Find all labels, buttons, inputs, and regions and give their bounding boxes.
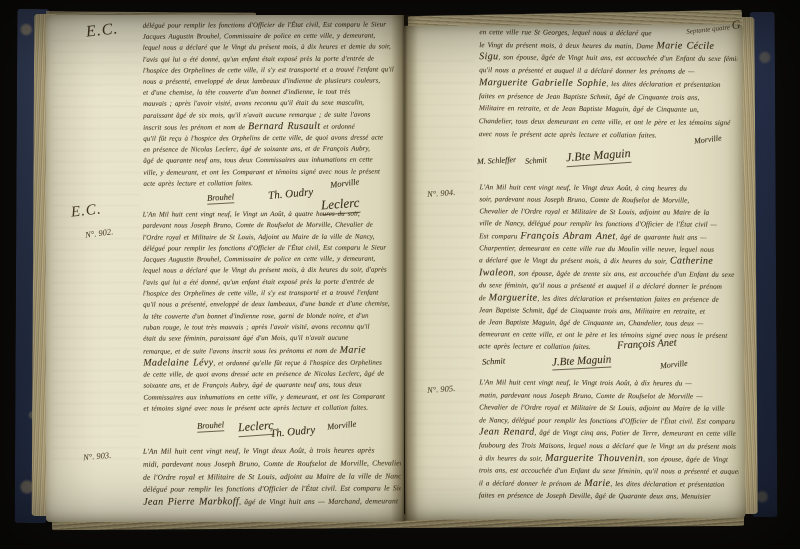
- signature-schleffer: M. Schleffer: [477, 155, 517, 166]
- manuscript-line: qu'il nous a présenté, enveloppé de deux…: [143, 299, 399, 311]
- signature-schmit: Schmit: [482, 355, 506, 366]
- signature-brouhel: Brouhel: [197, 419, 225, 432]
- entry-continuation-left: délégué pour remplir les fonctions d'Off…: [143, 19, 400, 189]
- manuscript-line: ville de Nancy, délégué pour remplir les…: [479, 218, 737, 231]
- manuscript-line: paraissant âgé de six mois, qu'il n'avai…: [143, 109, 399, 122]
- manuscript-line: faites en présence de Joseph Deville, âg…: [479, 490, 739, 504]
- signature-morville: Morville: [660, 359, 688, 371]
- manuscript-ink-layer: E.C. E.C. N°. 902. N°. 903. délégué pour…: [0, 0, 800, 549]
- manuscript-line: Est comparu François Abram Anet, âgé de …: [479, 230, 737, 244]
- manuscript-line: Chevalier de l'Ordre royal et Militaire …: [479, 402, 739, 416]
- signature-th-oudry: Th. Oudry: [270, 424, 316, 440]
- manuscript-line: et témoins signé avec nous le présent ac…: [143, 402, 399, 414]
- manuscript-line: trois ans, est accouchée d'un Enfant du …: [479, 464, 739, 478]
- manuscript-line: soixante ans, et de François Aubry, âgé …: [143, 380, 399, 392]
- manuscript-line: lequel nous a déclaré que le Vingt du pr…: [143, 42, 399, 55]
- signature-schmit: Schmit: [525, 155, 547, 165]
- manuscript-line: nous a présenté, enveloppé de deux lambe…: [143, 75, 399, 88]
- manuscript-line: lequel nous a déclaré que le Vingt du pr…: [143, 265, 399, 277]
- entry-number-904: N°. 904.: [427, 187, 456, 199]
- manuscript-line: Jean Pierre Marbkoff, âgé de Vingt huit …: [143, 496, 401, 510]
- manuscript-line: ville, y demeurant, et ont les Comparant…: [143, 166, 399, 179]
- manuscript-line: l'Ordre royal et Militaire de St Louis, …: [143, 231, 399, 243]
- manuscript-line: Marguerite Gabrielle Sophie, les dites d…: [479, 77, 737, 92]
- entry-number-902: N°. 902.: [84, 226, 113, 239]
- manuscript-line: faubourg des Trois Maisons, lequel nous …: [479, 439, 739, 453]
- signature-brouhel: Brouhel: [207, 191, 235, 204]
- manuscript-line: acte après lecture et collation faites.: [143, 177, 399, 190]
- entry-903-text: L'An Mil huit cent vingt neuf, le Vingt …: [143, 444, 401, 509]
- entry-905-text: L'An Mil huit cent vingt neuf, le Vingt …: [479, 376, 740, 503]
- manuscript-line: remarque, et de suite l'avons inscrit so…: [143, 344, 399, 357]
- manuscript-line: Madelaine Lévy, et ordonné qu'elle fût r…: [143, 356, 399, 369]
- signature-th-oudry: Th. Oudry: [268, 186, 314, 202]
- manuscript-line: acte après lecture et collation faites.: [478, 341, 736, 354]
- class-mark-ec-top: E.C.: [85, 20, 119, 41]
- entry-number-905: N°. 905.: [427, 383, 456, 395]
- manuscript-line: mauvais ; après l'avoir visité, avons re…: [143, 98, 399, 111]
- signature-morville: Morville: [694, 133, 722, 145]
- manuscript-line: L'An Mil huit cent vingt neuf, le Vingt …: [479, 376, 739, 390]
- signature-maguin: J.Bte Maguin: [565, 146, 631, 167]
- manuscript-line: pardevant nous Joseph Bruno, Comte de Ro…: [143, 220, 399, 232]
- manuscript-line: midi, pardevant nous Joseph Bruno, Comte…: [143, 457, 401, 471]
- registry-book-photo: E.C. E.C. N°. 902. N°. 903. délégué pour…: [0, 0, 800, 549]
- manuscript-line: ruban rouge, le tout très mauvais ; aprè…: [143, 321, 399, 333]
- entry-number-903: N°. 903.: [83, 450, 112, 462]
- entry-902-text: L'An Mil huit cent vingt neuf, le Vingt …: [143, 208, 400, 414]
- manuscript-line: L'An Mil huit cent vingt neuf, le Vingt …: [143, 444, 401, 458]
- class-mark-ec-902: E.C.: [70, 201, 102, 221]
- signature-leclerc: Leclerc: [320, 195, 360, 216]
- entry-904-text: L'An Mil huit cent vingt neuf, le Vingt …: [478, 182, 737, 354]
- signature-maguin: J.Bte Maguin: [552, 353, 612, 370]
- manuscript-line: âgé de quarante neuf ans, tous deux Comm…: [143, 155, 399, 168]
- signature-morville: Morville: [327, 418, 357, 431]
- manuscript-line: Chandelier, tous deux demeurant en cette…: [479, 115, 737, 130]
- entry-continuation-right: en cette ville rue St Georges, lequel no…: [479, 26, 738, 142]
